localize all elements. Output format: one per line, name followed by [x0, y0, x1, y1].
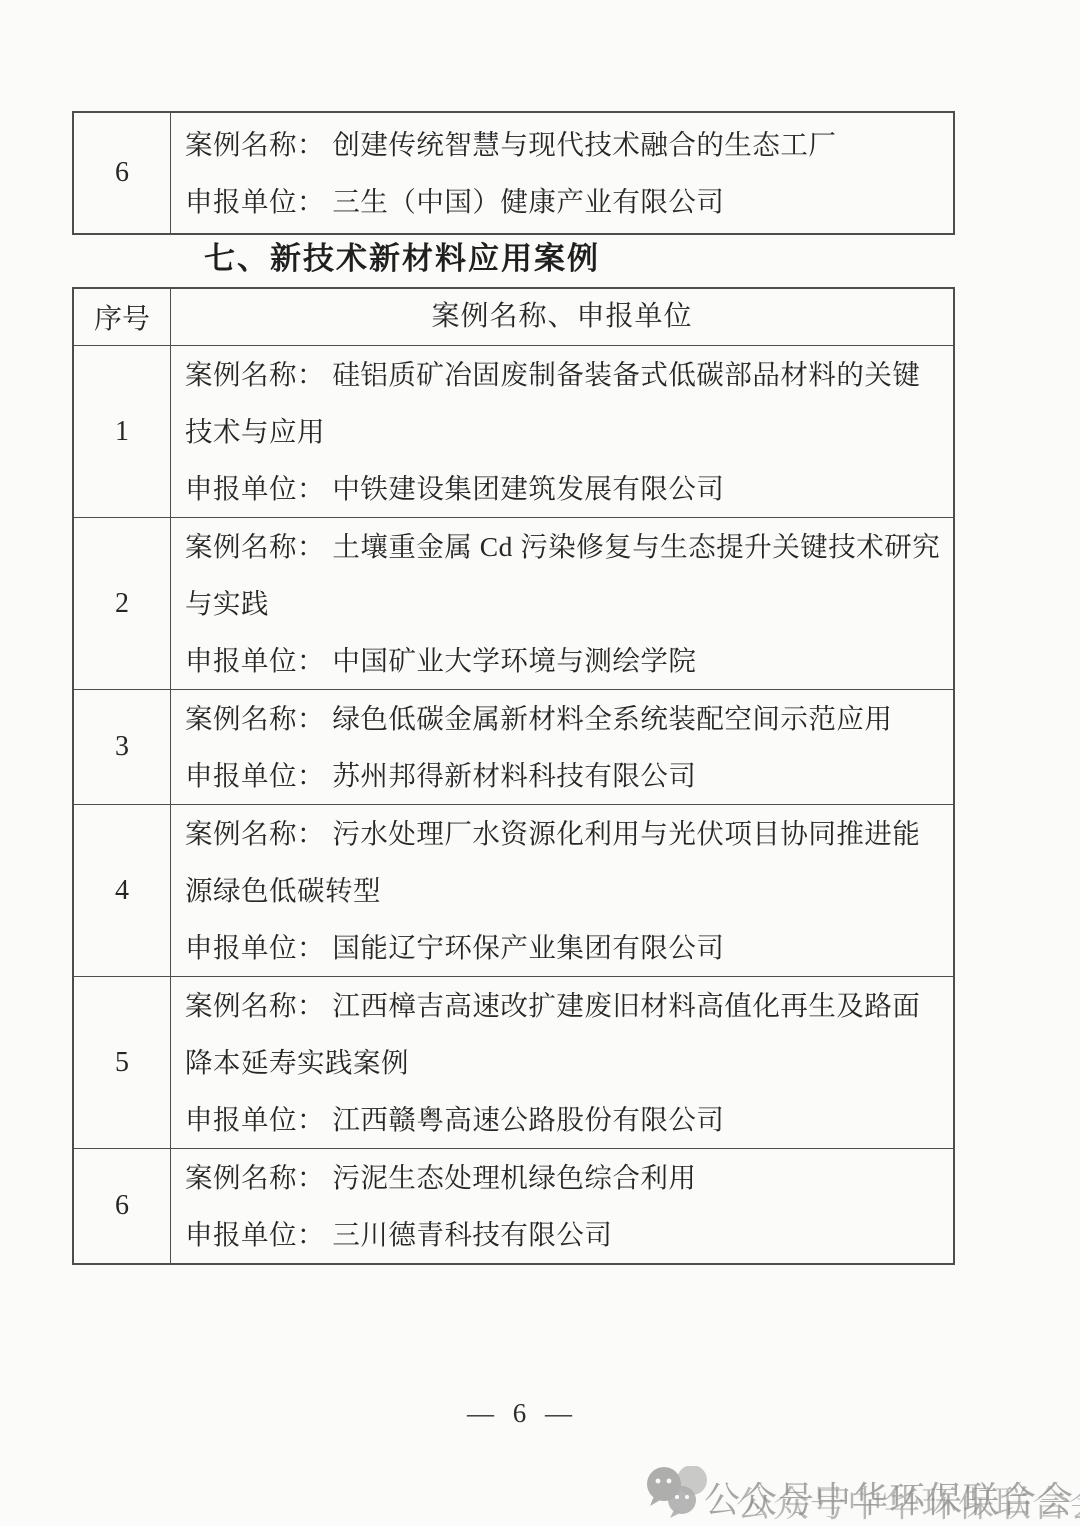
- table-row: 5 案例名称： 江西樟吉高速改扩建废旧材料高值化再生及路面降本延寿实践案例 申报…: [74, 976, 953, 1148]
- row-content-cell: 案例名称： 江西樟吉高速改扩建废旧材料高值化再生及路面降本延寿实践案例 申报单位…: [171, 977, 953, 1148]
- row-content-cell: 案例名称： 绿色低碳金属新材料全系统装配空间示范应用 申报单位： 苏州邦得新材料…: [171, 690, 953, 804]
- case-name-line: 案例名称： 污泥生态处理机绿色综合利用: [185, 1149, 943, 1206]
- case-name-line: 案例名称： 土壤重金属 Cd 污染修复与生态提升关键技术研究与实践: [185, 518, 943, 632]
- cases-table: 序号 案例名称、申报单位 1 案例名称： 硅铝质矿冶固废制备装备式低碳部品材料的…: [72, 287, 955, 1265]
- row-content-cell: 案例名称： 创建传统智慧与现代技术融合的生态工厂 申报单位： 三生（中国）健康产…: [171, 113, 953, 233]
- row-content-cell: 案例名称： 土壤重金属 Cd 污染修复与生态提升关键技术研究与实践 申报单位： …: [171, 518, 953, 689]
- row-number-cell: 6: [74, 113, 171, 233]
- unit-line: 申报单位： 苏州邦得新材料科技有限公司: [185, 747, 943, 804]
- row-content-cell: 案例名称： 硅铝质矿冶固废制备装备式低碳部品材料的关键技术与应用 申报单位： 中…: [171, 346, 953, 517]
- section-heading: 七、新技术新材料应用案例: [204, 233, 600, 278]
- unit-line: 申报单位： 中国矿业大学环境与测绘学院: [185, 632, 943, 689]
- case-name-line: 案例名称： 江西樟吉高速改扩建废旧材料高值化再生及路面降本延寿实践案例: [185, 977, 943, 1091]
- table-row: 6 案例名称： 污泥生态处理机绿色综合利用 申报单位： 三川德青科技有限公司: [74, 1148, 953, 1263]
- page-number: — 6 —: [0, 1398, 1045, 1429]
- case-name-line: 案例名称： 硅铝质矿冶固废制备装备式低碳部品材料的关键技术与应用: [185, 346, 943, 460]
- table-row: 3 案例名称： 绿色低碳金属新材料全系统装配空间示范应用 申报单位： 苏州邦得新…: [74, 689, 953, 804]
- table-row: 4 案例名称： 污水处理厂水资源化利用与光伏项目协同推进能源绿色低碳转型 申报单…: [74, 804, 953, 976]
- unit-line: 申报单位： 中铁建设集团建筑发展有限公司: [185, 460, 943, 517]
- row-content-cell: 案例名称： 污水处理厂水资源化利用与光伏项目协同推进能源绿色低碳转型 申报单位：…: [171, 805, 953, 976]
- scanned-document-page: 6 案例名称： 创建传统智慧与现代技术融合的生态工厂 申报单位： 三生（中国）健…: [0, 0, 1080, 1526]
- wechat-watermark: 公众号中华环保联合会 公众号中华环保联合会: [642, 1462, 1072, 1522]
- unit-line: 申报单位： 江西赣粤高速公路股份有限公司: [185, 1091, 943, 1148]
- case-name-line: 案例名称： 污水处理厂水资源化利用与光伏项目协同推进能源绿色低碳转型: [185, 805, 943, 919]
- unit-line: 申报单位： 三生（中国）健康产业有限公司: [185, 173, 943, 230]
- watermark-text-ghost: 公众号中华环保联合会: [736, 1476, 1080, 1526]
- case-name-line: 案例名称： 绿色低碳金属新材料全系统装配空间示范应用: [185, 690, 943, 747]
- unit-line: 申报单位： 国能辽宁环保产业集团有限公司: [185, 919, 943, 976]
- previous-section-table: 6 案例名称： 创建传统智慧与现代技术融合的生态工厂 申报单位： 三生（中国）健…: [72, 111, 955, 235]
- table-row: 1 案例名称： 硅铝质矿冶固废制备装备式低碳部品材料的关键技术与应用 申报单位：…: [74, 345, 953, 517]
- unit-line: 申报单位： 三川德青科技有限公司: [185, 1206, 943, 1263]
- row-content-cell: 案例名称： 污泥生态处理机绿色综合利用 申报单位： 三川德青科技有限公司: [171, 1149, 953, 1263]
- table-row: 6 案例名称： 创建传统智慧与现代技术融合的生态工厂 申报单位： 三生（中国）健…: [74, 113, 953, 233]
- col-header-content: 案例名称、申报单位: [171, 289, 953, 345]
- table-header-row: 序号 案例名称、申报单位: [74, 289, 953, 345]
- row-number-cell: 3: [74, 690, 171, 804]
- row-number-cell: 4: [74, 805, 171, 976]
- row-number-cell: 1: [74, 346, 171, 517]
- row-number-cell: 2: [74, 518, 171, 689]
- row-number-cell: 5: [74, 977, 171, 1148]
- col-header-no: 序号: [74, 289, 171, 345]
- row-number-cell: 6: [74, 1149, 171, 1263]
- case-name-line: 案例名称： 创建传统智慧与现代技术融合的生态工厂: [185, 116, 943, 173]
- table-row: 2 案例名称： 土壤重金属 Cd 污染修复与生态提升关键技术研究与实践 申报单位…: [74, 517, 953, 689]
